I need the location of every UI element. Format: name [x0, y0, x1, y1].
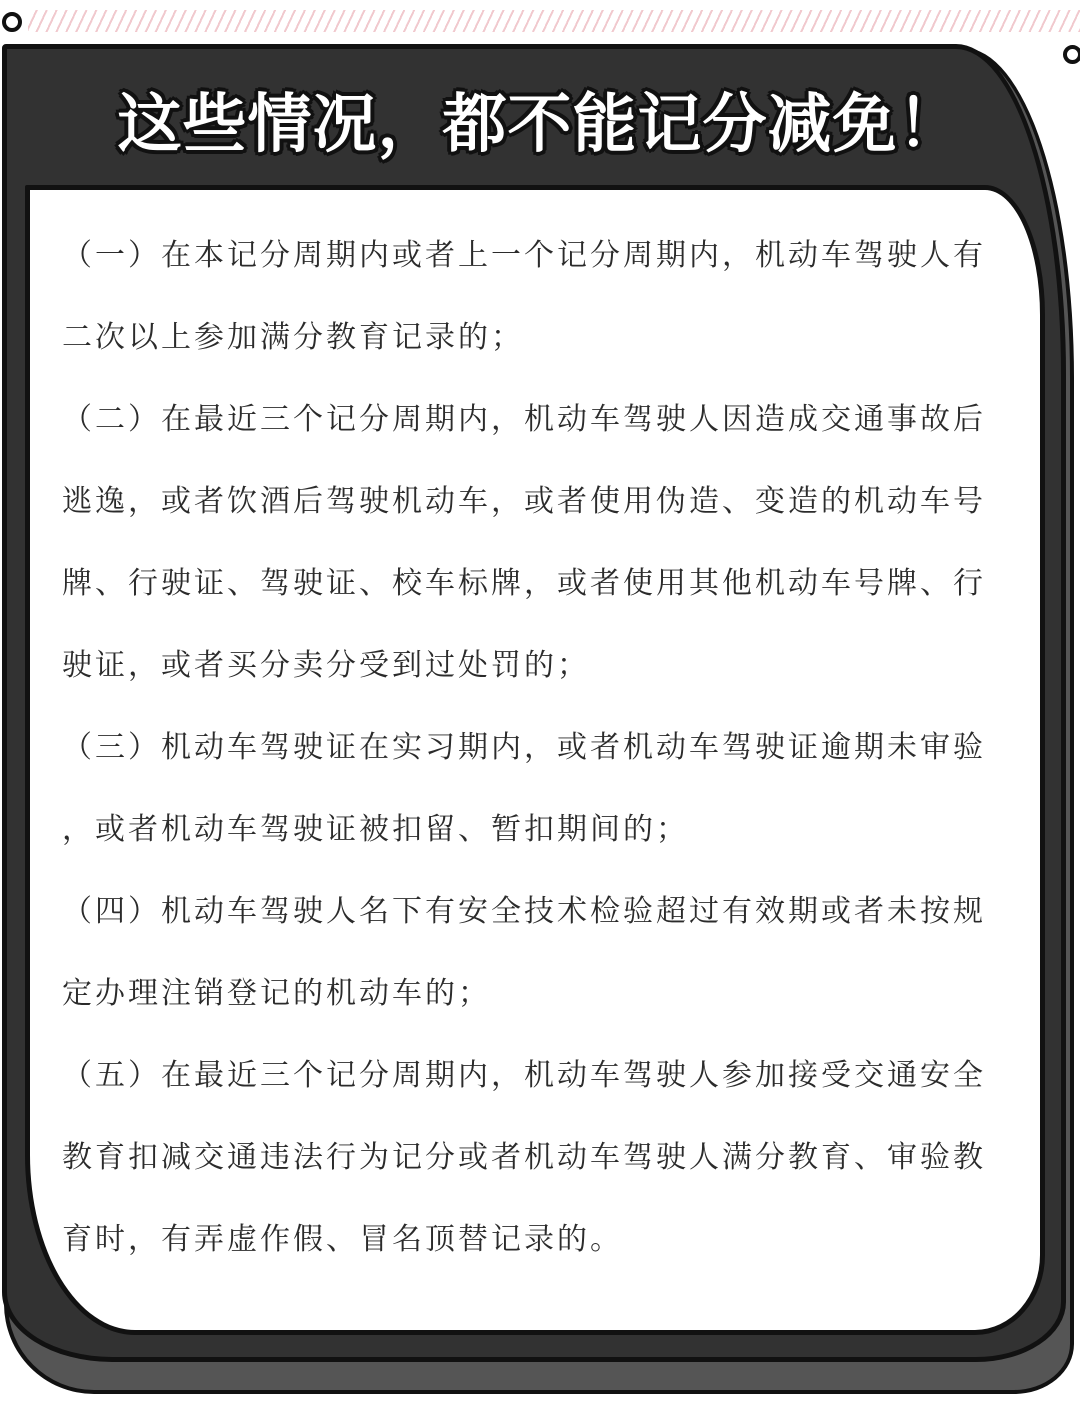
decorative-stripe — [28, 10, 1080, 32]
list-item-3: （三）机动车驾驶证在实习期内，或者机动车驾驶证逾期未审验 ，或者机动车驾驶证被扣… — [62, 707, 1008, 871]
text-line: 驶证，或者买分卖分受到过处罚的； — [62, 625, 1008, 707]
text-line: （三）机动车驾驶证在实习期内，或者机动车驾驶证逾期未审验 — [62, 707, 1008, 789]
rules-list: （一）在本记分周期内或者上一个记分周期内，机动车驾驶人有 二次以上参加满分教育记… — [62, 215, 1008, 1281]
text-line: ，或者机动车驾驶证被扣留、暂扣期间的； — [62, 789, 1008, 871]
text-line: 教育扣减交通违法行为记分或者机动车驾驶人满分教育、审验教 — [62, 1117, 1008, 1199]
list-item-1: （一）在本记分周期内或者上一个记分周期内，机动车驾驶人有 二次以上参加满分教育记… — [62, 215, 1008, 379]
ring-icon — [2, 12, 22, 32]
list-item-5: （五）在最近三个记分周期内，机动车驾驶人参加接受交通安全 教育扣减交通违法行为记… — [62, 1035, 1008, 1281]
ring-icon — [1063, 45, 1080, 64]
text-line: （五）在最近三个记分周期内，机动车驾驶人参加接受交通安全 — [62, 1035, 1008, 1117]
list-item-2: （二）在最近三个记分周期内，机动车驾驶人因造成交通事故后 逃逸，或者饮酒后驾驶机… — [62, 379, 1008, 707]
text-line: 逃逸，或者饮酒后驾驶机动车，或者使用伪造、变造的机动车号 — [62, 461, 1008, 543]
page-title: 这些情况，都不能记分减免！ — [0, 80, 1080, 170]
text-line: （四）机动车驾驶人名下有安全技术检验超过有效期或者未按规 — [62, 871, 1008, 953]
text-line: （一）在本记分周期内或者上一个记分周期内，机动车驾驶人有 — [62, 215, 1008, 297]
text-line: 二次以上参加满分教育记录的； — [62, 297, 1008, 379]
text-line: （二）在最近三个记分周期内，机动车驾驶人因造成交通事故后 — [62, 379, 1008, 461]
text-line: 育时，有弄虚作假、冒名顶替记录的。 — [62, 1199, 1008, 1281]
text-line: 定办理注销登记的机动车的； — [62, 953, 1008, 1035]
text-line: 牌、行驶证、驾驶证、校车标牌，或者使用其他机动车号牌、行 — [62, 543, 1008, 625]
list-item-4: （四）机动车驾驶人名下有安全技术检验超过有效期或者未按规 定办理注销登记的机动车… — [62, 871, 1008, 1035]
